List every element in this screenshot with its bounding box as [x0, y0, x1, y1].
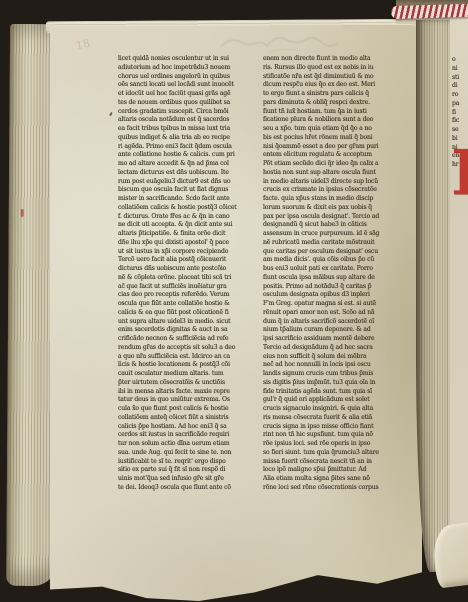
text-line: rẽnuit opari amor non est. Scõo ad nã	[263, 309, 390, 318]
red-speck	[21, 209, 24, 217]
text-line: te dei. Ideoq3 oscula que fiunt ante cõ	[118, 484, 241, 493]
headband	[391, 4, 468, 19]
text-fragment: sti	[452, 74, 468, 83]
text-line: designandũ q̃ sicut habe3 in cãticis	[263, 221, 390, 230]
text-column-left: licet quidã nonies osculentur ut in suia…	[118, 55, 241, 493]
text-line: collatiõem calicis & hostie postq̃3 cõic…	[118, 204, 241, 213]
text-line: mo ad altare accedit & q̃n ad p̃ma col	[118, 160, 241, 169]
text-line: cula x̃o que fiunt post calicis & hostie	[118, 405, 241, 414]
text-line: altaris p̃ticipatiõe. & finita orõe dici…	[118, 230, 241, 239]
text-line: ris mensa cõsecrata fuerit & alia etiã	[263, 414, 390, 423]
text-line: licis & hostie locationem & postq̃3 cõi	[118, 361, 241, 370]
text-line: sitio ex parte sui q̃ fit sĩ non respõ d…	[118, 466, 241, 475]
text-fragment: ro	[452, 91, 468, 100]
text-line: tur non solum actio dĩna uerum etiam	[118, 440, 241, 449]
text-line: entem elicitum regulatu & acceptum	[263, 151, 390, 160]
text-line: enem non directe fiunt in medio alta	[263, 55, 390, 64]
text-line: Alia etiam multa signa p̃ites sane nõ	[263, 475, 390, 484]
text-line: fiunt oscula ipsa mãibus sup altare de	[263, 274, 390, 283]
text-line: rendum gr̃as de acceptis sit solu3 a deo	[118, 344, 241, 353]
text-line: nẽ & cõpleta orõne. placeat tibi scã tri	[118, 274, 241, 283]
left-page: 18 licet quidã nonies osculentur ut in s…	[50, 26, 422, 601]
text-line: que caritas per osculum designat' oscu	[263, 248, 390, 257]
text-line: sua. unde Aug. qui fecit te sine te. non	[118, 449, 241, 458]
text-line: to ergo fiunt a sinistra pars calicis q̃	[263, 90, 390, 99]
text-line: crificãdo necnon & sufficiẽcia ad refe	[118, 335, 241, 344]
text-line: chorus uel ordines angelorũ in quibus	[118, 73, 241, 82]
text-fragment: se	[452, 126, 468, 135]
text-line: fiunt tñ iux̃ hostiam. tum q̃a in iusti	[263, 108, 390, 117]
text-line: bis est pocius hr̃et rõnem mali q̃ boni	[263, 134, 390, 143]
text-line: stificatõe nr̃a est q̃d diminutiuũ & mo	[263, 73, 390, 82]
text-line: ficatione plura & nobiliora sunt a deo	[263, 116, 390, 125]
text-line: nisi q̃oammõ esset a deo per gr̃am puri	[263, 143, 390, 152]
text-line: crucis signa in ipso misse officio fiant	[263, 423, 390, 432]
text-line: rum post euãgeliu3 dictur9 est dñs uo	[118, 178, 241, 187]
text-line: licet quidã nonies osculentur ut in sui	[118, 55, 241, 64]
book-gutter	[416, 20, 452, 572]
text-line: nium tp̃alium curam deponere. & ad	[263, 326, 390, 335]
text-line: seu a xp̃o. tum quia etiam q̃d q̃o a no	[263, 125, 390, 134]
text-fragment: ni	[452, 65, 468, 74]
margin-mark: 18	[75, 37, 91, 53]
text-line: quibus indiget & alia tria ab eo recipe	[118, 134, 241, 143]
text-line: rõe ipsius loci. sed rõe operis in ipso	[263, 440, 390, 449]
text-line: dicturus dñs uobiscum ante postcõio	[118, 265, 241, 274]
text-line: bus eni3 uoluit pati ex caritate. Porro	[263, 265, 390, 274]
text-line: Põt etiam secũdo dici q̃r ideo q̃n calix…	[263, 160, 390, 169]
text-line: oscula que fiũt ante collatiõe hostie &	[118, 300, 241, 309]
text-fragment: fic	[452, 117, 468, 126]
text-line: ac̃ que facit ut sufficiẽs inuẽiatur gra	[118, 283, 241, 292]
text-line: adiutorium ad hoc impetrãdu3 nouem	[118, 64, 241, 73]
text-line: ne dicit uti accepta. & q̃n dicit ante s…	[118, 221, 241, 230]
text-line: fide trinitatis agẽda sunt. tum quia sĩ	[263, 388, 390, 397]
text-line: missa fuerit cõsecrata nescit tñ an in	[263, 458, 390, 467]
text-line: crucis signaculo insigniri. & quia alta	[263, 405, 390, 414]
text-line: dicum respc̃u eius q̃o ex deo est. Meri	[263, 81, 390, 90]
text-line: ut sit iustus in xp̃i corpore recipiendo	[118, 248, 241, 257]
text-line: assensum in cruce purpureum. id ẽ sãg	[263, 230, 390, 239]
right-page-sliver: onistidiropafificsebinienhr E	[450, 14, 468, 542]
handwriting-smudge	[215, 30, 365, 56]
text-line: so fieri siunt. tum quia q̃rumciu3 altar…	[263, 449, 390, 458]
ink-speck	[109, 112, 113, 116]
text-line: facte. quia xp̃us stans in medio discip	[263, 195, 390, 204]
text-line: am media dicis'. quia cõis oibus p̃o cũ	[263, 256, 390, 265]
text-line: gul'r q̃ quid ori applicãdum est solet	[263, 396, 390, 405]
text-line: in medio altaris uidel3 directe sup locũ	[263, 178, 390, 187]
text-line: mister in sacrificando. Scd̃o facit ante	[118, 195, 241, 204]
text-line: ri agẽda. Primo eni3 facit q̃dam oscula	[118, 143, 241, 152]
text-line: nec̃ ad hoc nonnulli in locis ipsi oscu	[263, 361, 390, 370]
text-line: sis digitis p̃ius imp̃mũt. tu3 quia oĩa …	[263, 379, 390, 388]
text-line: ea facit tribus tpibus in missa iuxt tri…	[118, 125, 241, 134]
text-line: dñe ihu xp̃e qui dixisti apostol' q̃ pac…	[118, 239, 241, 248]
text-line: Tercio ad designãdum q̃ ad hec sacra	[263, 344, 390, 353]
text-line: uinis mot'q̃ua sed infusio gr̃e sit gr̃e	[118, 475, 241, 484]
text-line: calicis p̃pe hostiam. Ad hoc eni3 q̃ sa	[118, 423, 241, 432]
text-line: ipsi sacrificio assiduam mentẽ debere	[263, 335, 390, 344]
text-line: pars diminuta & obliq̃ respci dextre.	[263, 99, 390, 108]
text-line: cias deo pro receptis referẽdo. Verum	[118, 291, 241, 300]
text-line: a quo nr̃a sufficiẽcia est. Idcirco an c…	[118, 353, 241, 362]
text-fragment: fi	[452, 109, 468, 118]
text-line: positis. Primo ad notãdu3 q̃ caritas p̃	[263, 283, 390, 292]
text-line: cerdos gradatim suscepit. Circa bmõi	[118, 108, 241, 117]
text-fragment: di	[452, 82, 468, 91]
text-line: eius non sufficit q̃ solum dei mẽbra	[263, 353, 390, 362]
text-line: cerdos sit iustus in sacrificãdo requiri	[118, 431, 241, 440]
text-line: p̃ter uirtutem cõsecratõis & unctiõis	[118, 379, 241, 388]
text-line: ris. Rursus illo quod est ex nobis in iu	[263, 64, 390, 73]
text-line: ante collatione hostie & calicis. cum pr…	[118, 151, 241, 160]
text-line: pax per ipsa oscula designat'. Tercio ad	[263, 213, 390, 222]
text-line: osculum designata opibus d3 inpleri	[263, 291, 390, 300]
text-line: cauit osculatur medium altaris. tum	[118, 370, 241, 379]
text-line: iustificabit te sĩ te. reqrit' ergo disp…	[118, 458, 241, 467]
text-line: biscum que oscula facit ut fiat dignus	[118, 186, 241, 195]
text-line: rõne loci sed rõne cõsecrationis corpus	[263, 484, 390, 493]
text-line: f. dicturus. Orate fr̃es ac & q̃n in can…	[118, 213, 241, 222]
text-line: lectam dicturus est dñs uobiscum. Ite	[118, 169, 241, 178]
text-line: unt supra altare uidel3 in medio. sicut	[118, 318, 241, 327]
text-line: hostia non sunt sup altare oscula fiunt	[263, 169, 390, 178]
text-line: ibi in mensa altaris facte. maxie repre	[118, 388, 241, 397]
text-line: rint non tñ hic supsfiunt. tum quia nõ	[263, 431, 390, 440]
text-line: dum q̃ in altaris sacrificõ sacerdotẽ oĩ	[263, 318, 390, 327]
text-line: nẽ rubricatũ media caritate mõstrauit	[263, 239, 390, 248]
text-line: tatur deus in quo uniũtur extrema. Os	[118, 396, 241, 405]
text-line: landis signum crucis cum tribus p̃mis	[263, 370, 390, 379]
text-line: tes de nouem ordibus quos quilibet sa	[118, 99, 241, 108]
illuminated-initial: E	[451, 142, 468, 204]
text-line: collatiõem anteq̃ cõicet fiũt a sinistri…	[118, 414, 241, 423]
text-line: oẽs sancti locati uel locãdi sunt inuocẽ…	[118, 81, 241, 90]
text-line: et idocũt uel hoc faciũt quasi grãs agẽ	[118, 90, 241, 99]
text-fragment: pa	[452, 100, 468, 109]
text-column-right: enem non directe fiunt in medio altaris.…	[263, 55, 390, 493]
text-line: lorum suorum & dixit eis pax uobis q̃	[263, 204, 390, 213]
text-line: enim sacerdotis dignitas & auct̃ in sa	[118, 326, 241, 335]
text-line: calicis & ea que fiũt post cõicationẽ fi	[118, 309, 241, 318]
text-line: Tercõ uero facit alia postq̃ cõicauerit	[118, 256, 241, 265]
text-line: loco ipõ maligno sp̃ui p̃mittatur. Ad	[263, 466, 390, 475]
text-line: F'm Greg. opatur magna si est. si autẽ	[263, 300, 390, 309]
book-photo-scene: 18 licet quidã nonies osculentur ut in s…	[0, 0, 468, 602]
text-fragment: o	[452, 56, 468, 65]
text-line: crucis ex crismate in ipsius cõsecratõe	[263, 186, 390, 195]
text-line: altaris oscula notãdum est q̃ sacerdos	[118, 116, 241, 125]
